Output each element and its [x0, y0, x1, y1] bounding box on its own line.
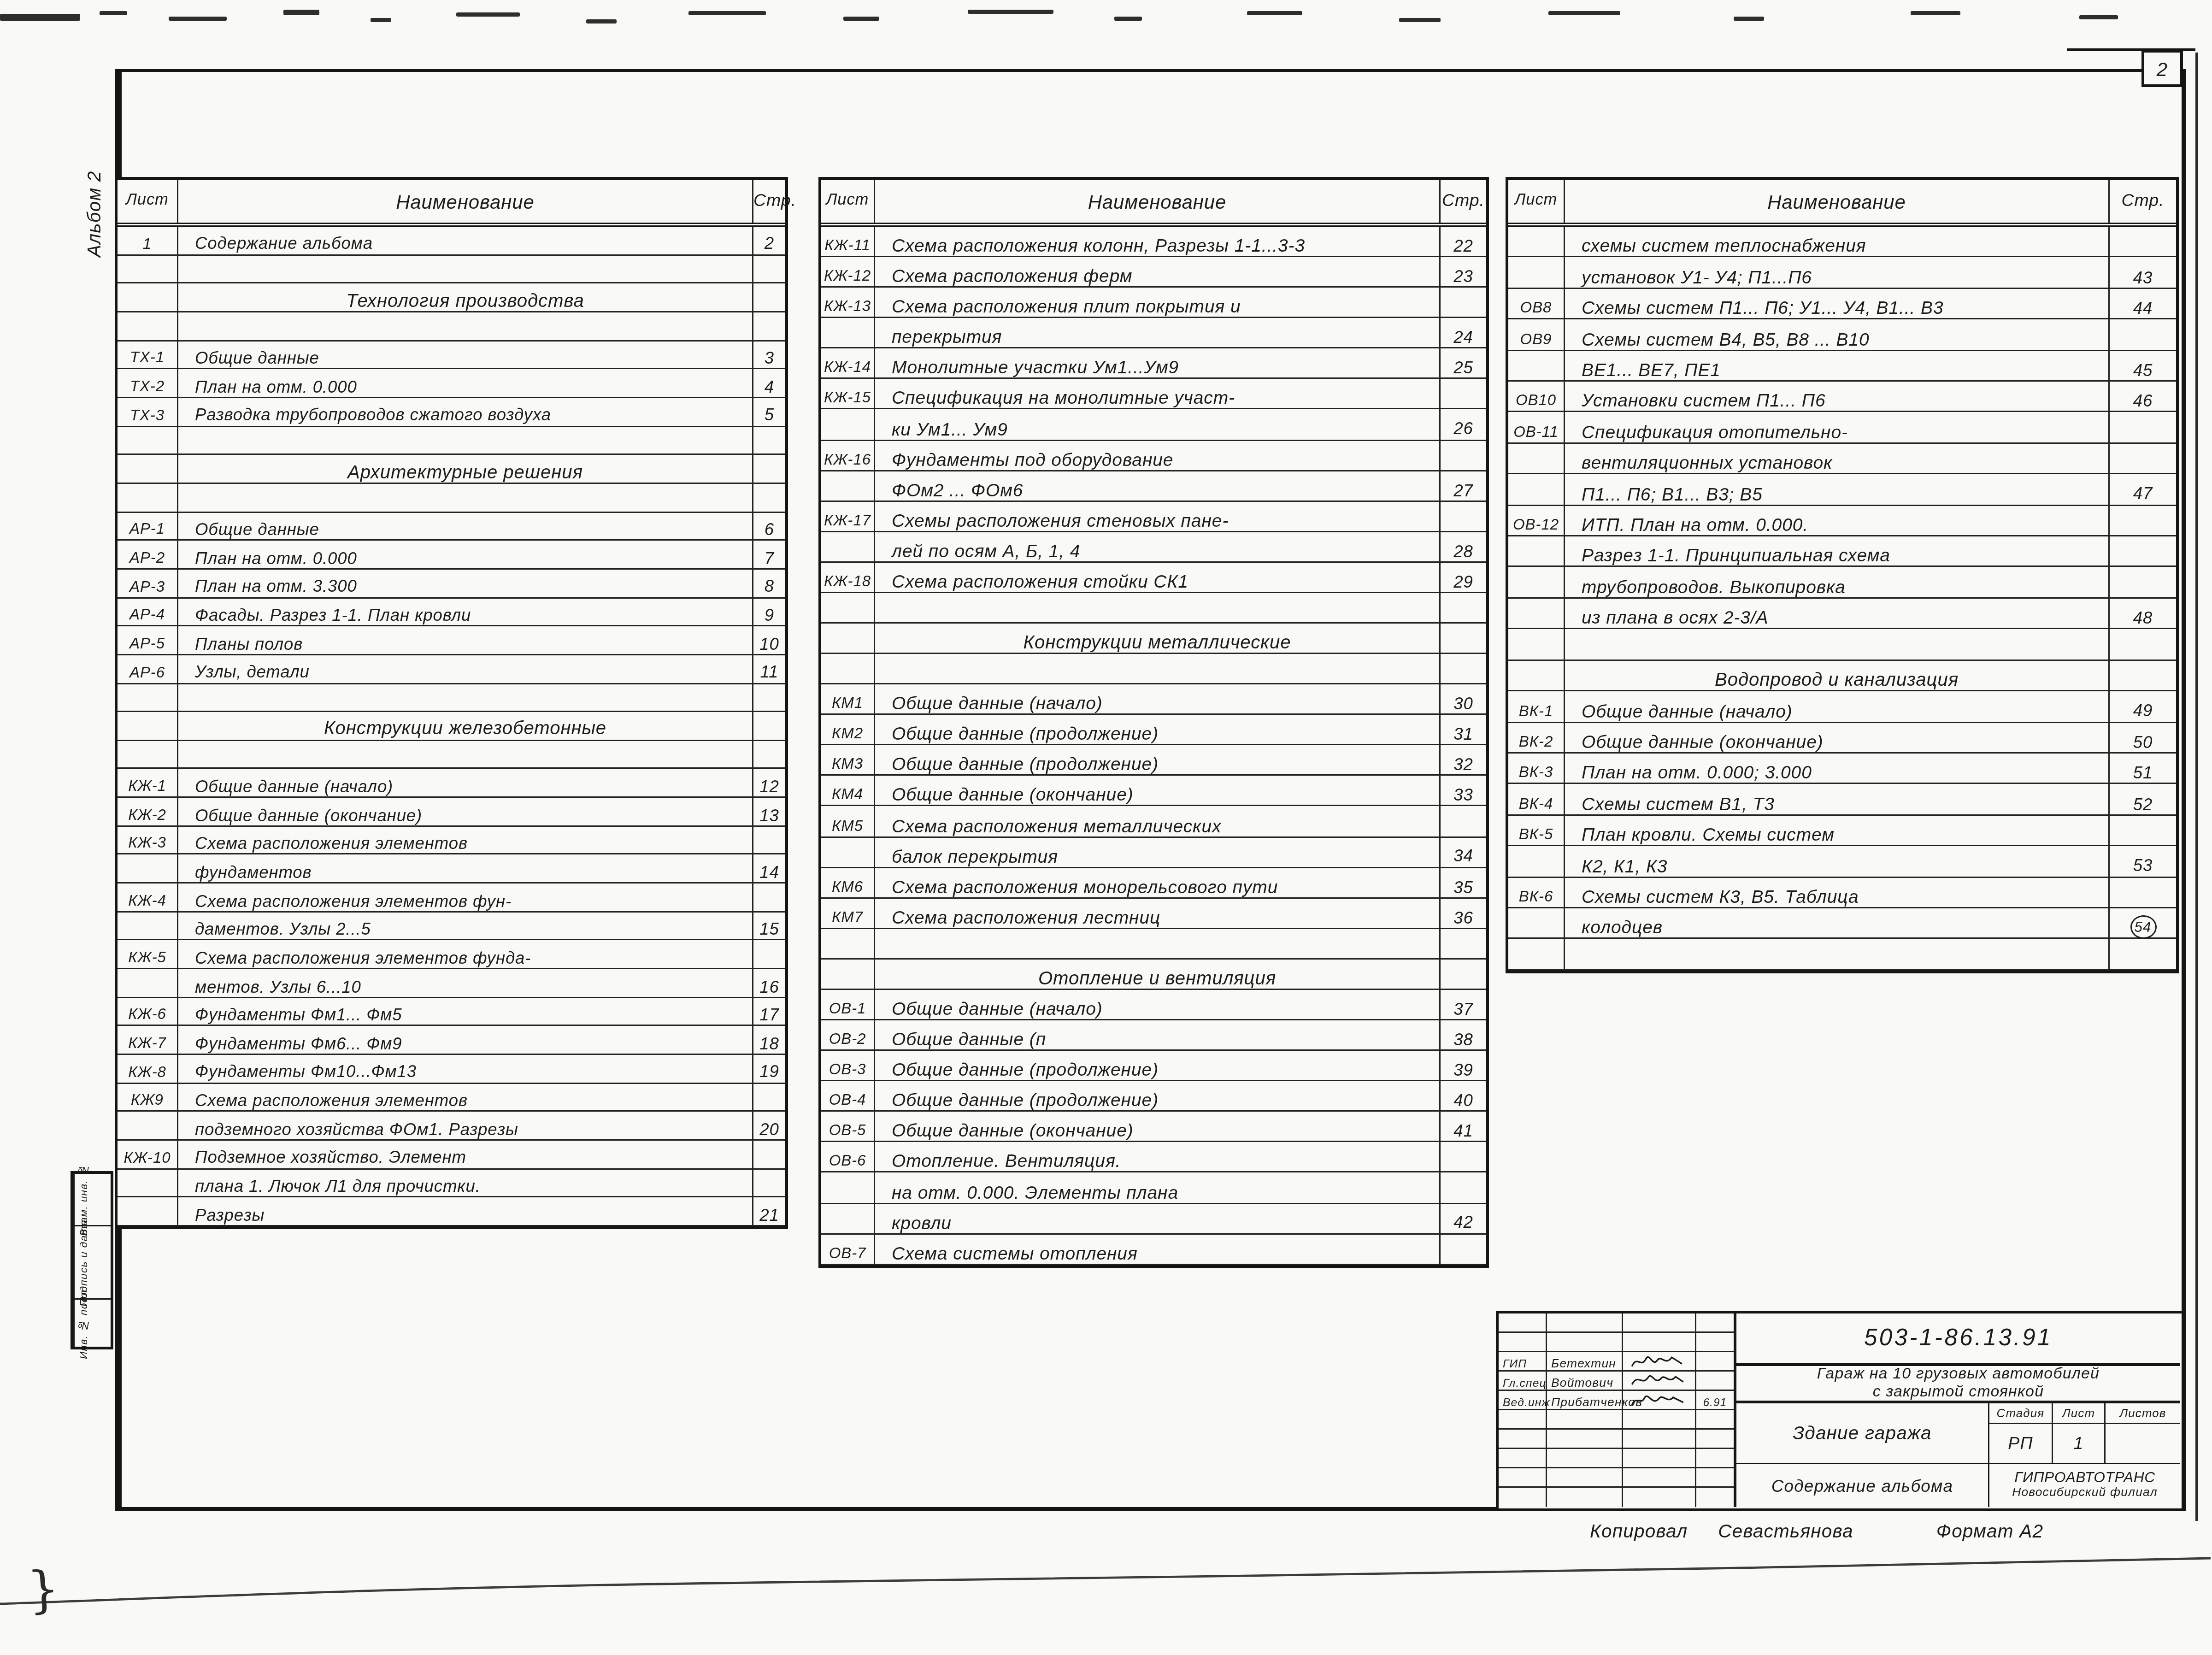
page-cell: 26 [1441, 410, 1486, 439]
table-row: ВК-3План на отм. 0.000; 3.00051 [1508, 754, 2176, 784]
page-cell [753, 741, 785, 768]
page-cell [753, 455, 785, 483]
sheet-cell: КЖ-18 [821, 563, 875, 592]
page-cell [2110, 412, 2176, 442]
name-cell: Схема расположения лестниц [875, 898, 1441, 927]
page-cell: 8 [753, 570, 785, 597]
header-cell: Наименование [875, 180, 1441, 223]
sheet-cell: КЖ-6 [118, 998, 178, 1025]
signature-name: Бетехтин [1547, 1352, 1623, 1372]
page-cell: 4 [753, 370, 785, 397]
name-cell [1565, 630, 2110, 659]
page-cell [753, 1084, 785, 1111]
table-row [1508, 939, 2176, 970]
sheet-cell [1508, 567, 1565, 597]
name-cell: Подземное хозяйство. Элемент [178, 1141, 753, 1168]
page-cell [1441, 441, 1486, 470]
sheet-cell: ВК-1 [1508, 691, 1565, 721]
table-row: АР-2План на отм. 0.0007 [118, 541, 785, 570]
page-cell: 43 [2110, 258, 2176, 287]
sheet-cell [1508, 444, 1565, 473]
page-cell [2110, 320, 2176, 349]
page-cell: 28 [1441, 532, 1486, 561]
sheet-cell: ОВ-12 [1508, 506, 1565, 535]
torn-edge [0, 1546, 2212, 1629]
name-cell [178, 427, 753, 454]
table-row: ОВ9Схемы систем В4, В5, В8 ... В10 [1508, 320, 2176, 351]
table-row: трубопроводов. Выкопировка [1508, 567, 2176, 598]
name-cell [178, 741, 753, 768]
table-row: подземного хозяйства ФОм1. Разрезы20 [118, 1112, 785, 1141]
table-row [118, 312, 785, 341]
sheet-cell: ВК-5 [1508, 815, 1565, 845]
album-label: Альбом 2 [77, 169, 111, 260]
table-row: АР-4Фасады. Разрез 1-1. План кровли9 [118, 598, 785, 627]
page-cell [753, 255, 785, 283]
page-cell: 34 [1441, 837, 1486, 866]
name-cell: Схема расположения элементов фун- [178, 883, 753, 911]
contents-table-left: ЛистНаименованиеСтр.1Содержание альбома2… [115, 177, 788, 1229]
table-row: КЖ-3Схема расположения элементов [118, 826, 785, 855]
name-cell: Установки систем П1... П6 [1565, 382, 2110, 411]
sheet-cell: АР-6 [118, 655, 178, 683]
name-cell: Общие данные [178, 341, 753, 368]
name-cell [875, 593, 1441, 622]
title-block-main: 503-1-86.13.91 Гараж на 10 грузовых авто… [1736, 1313, 2180, 1507]
sheet-cell: КЖ-10 [118, 1141, 178, 1168]
page-cell [753, 1141, 785, 1168]
name-cell: Общие данные (продолжение) [875, 1082, 1441, 1111]
table-row: плана 1. Лючок Л1 для прочистки. [118, 1169, 785, 1198]
page-cell: 29 [1441, 563, 1486, 592]
sheet-cell [118, 969, 178, 996]
sheet-cell [118, 684, 178, 711]
table-row: ВК-6Схемы систем К3, В5. Таблица [1508, 878, 2176, 908]
sheet-cell: КЖ9 [118, 1084, 178, 1111]
sheet-cell [1508, 630, 1565, 659]
name-cell: Фундаменты Фм10...Фм13 [178, 1055, 753, 1082]
name-cell: установок У1- У4; П1...П6 [1565, 258, 2110, 287]
scan-artifact-brace: } [26, 1561, 61, 1620]
sheet-value: 1 [2053, 1424, 2106, 1463]
signature-icon [1627, 1352, 1688, 1370]
table-row: кровли42 [821, 1204, 1486, 1234]
name-cell: Схема расположения стойки СК1 [875, 563, 1441, 592]
name-cell: из плана в осях 2-3/А [1565, 599, 2110, 628]
table-row: ВК-1Общие данные (начало)49 [1508, 691, 2176, 722]
name-cell: Общие данные (начало) [178, 769, 753, 796]
page-cell: 33 [1441, 776, 1486, 805]
header-cell: Стр. [1441, 180, 1486, 223]
table-row: схемы систем теплоснабжения [1508, 227, 2176, 258]
sheet-cell [821, 654, 875, 683]
sheet-cell: ВК-2 [1508, 723, 1565, 752]
sheet-cell: АР-1 [118, 512, 178, 540]
page-cell [753, 427, 785, 454]
sheet-cell: КМ4 [821, 776, 875, 805]
page-cell [1441, 960, 1486, 989]
name-cell [178, 255, 753, 283]
table-row [118, 741, 785, 769]
table-row: АР-6Узлы, детали11 [118, 655, 785, 684]
sheet-outer-edge [2195, 53, 2198, 1521]
side-stamp-label: Взам. инв. № [73, 1174, 93, 1225]
name-cell: Схема расположения металлических [875, 807, 1441, 836]
sheet-cell [1508, 536, 1565, 566]
table-row: КЖ-17Схемы расположения стеновых пане- [821, 501, 1486, 532]
sheet-cell: КЖ-13 [821, 288, 875, 317]
signature-icon [1627, 1391, 1688, 1409]
name-cell: Схема расположения монорельсового пути [875, 868, 1441, 897]
page-cell [1441, 1143, 1486, 1172]
sheet-cell: КЖ-17 [821, 501, 875, 530]
sheet-cell: ОВ-1 [821, 990, 875, 1019]
name-cell: Схема системы отопления [875, 1234, 1441, 1263]
name-cell: Спецификация отопительно- [1565, 412, 2110, 442]
sheet-cell: 1 [118, 227, 178, 254]
sheet-cell [118, 1198, 178, 1225]
table-row: ОВ-7Схема системы отопления [821, 1234, 1486, 1265]
signature-name: Войтович [1547, 1372, 1623, 1391]
sheet-cell: КЖ-3 [118, 826, 178, 854]
name-cell: Общие данные (продолжение) [875, 746, 1441, 775]
sheet-cell: КЖ-5 [118, 941, 178, 968]
header-cell: Лист [821, 180, 875, 223]
page-cell [1441, 593, 1486, 622]
sheet-cell [118, 1112, 178, 1139]
page-cell: 7 [753, 541, 785, 568]
name-cell: Фундаменты Фм1... Фм5 [178, 998, 753, 1025]
sheet-cell [118, 741, 178, 768]
sheet-cell: КЖ-16 [821, 441, 875, 470]
name-cell: Схема расположения элементов [178, 826, 753, 854]
page-cell: 22 [1441, 227, 1486, 256]
name-cell: ки Ум1... Ум9 [875, 410, 1441, 439]
name-cell: Схема расположения плит покрытия и [875, 288, 1441, 317]
sheet-cell [821, 471, 875, 500]
page-cell: 10 [753, 627, 785, 654]
side-stamp: Взам. инв. № Подпись и дата Инв. № подл. [71, 1171, 113, 1349]
title-block-signature-grid: ГИП Бетехтин Гл.спец Войтович Вед.инж Пр… [1499, 1313, 1736, 1507]
table-row: КЖ-11Схема расположения колонн, Разрезы … [821, 227, 1486, 257]
table-row: Разрезы21 [118, 1198, 785, 1226]
table-row: ФОм2 ... ФОм627 [821, 471, 1486, 501]
table-row: фундаментов14 [118, 855, 785, 883]
sheet-cell: ОВ-11 [1508, 412, 1565, 442]
name-cell: Схемы расположения стеновых пане- [875, 501, 1441, 530]
sheet-cell: ВК-6 [1508, 878, 1565, 907]
contents-table-right: ЛистНаименованиеСтр.схемы систем теплосн… [1506, 177, 2179, 973]
page-cell: 44 [2110, 289, 2176, 318]
sheet-cell: КЖ-14 [821, 349, 875, 378]
page-cell: 12 [753, 769, 785, 796]
page-cell: 48 [2110, 599, 2176, 628]
scan-scale-wrapper: Альбом 2 2 ЛистНаименованиеСтр.1Содержан… [0, 0, 2212, 1655]
sheet-cell: ТХ-3 [118, 398, 178, 425]
section-row: Водопровод и канализация [1508, 660, 2176, 691]
name-cell: лей по осям А, Б, 1, 4 [875, 532, 1441, 561]
table-row [821, 654, 1486, 684]
organization-name: ГИПРОАВТОТРАНС [2014, 1471, 2155, 1487]
table-row: КЖ-8Фундаменты Фм10...Фм1319 [118, 1055, 785, 1084]
page-cell: 24 [1441, 318, 1486, 347]
name-cell: ментов. Узлы 6...10 [178, 969, 753, 996]
table-row: КМ7Схема расположения лестниц36 [821, 898, 1486, 929]
stage-value: РП [1989, 1424, 2053, 1463]
table-row: КЖ-2Общие данные (окончание)13 [118, 798, 785, 826]
table-row [821, 929, 1486, 959]
table-row: АР-3План на отм. 3.3008 [118, 570, 785, 598]
name-cell: Схемы систем К3, В5. Таблица [1565, 878, 2110, 907]
table-row: КЖ-18Схема расположения стойки СК129 [821, 563, 1486, 593]
sheets-total-value [2106, 1424, 2180, 1463]
page-cell [1441, 654, 1486, 683]
sheet-cell: ВК-4 [1508, 784, 1565, 814]
table-row: ОВ-11Спецификация отопительно- [1508, 412, 2176, 443]
table-row [1508, 630, 2176, 660]
sheet-cell: ТХ-1 [118, 341, 178, 368]
table-row: балок перекрытия34 [821, 837, 1486, 868]
signature-row [1499, 1333, 1734, 1352]
page-cell: 18 [753, 1026, 785, 1054]
table-row: П1... П6; В1... В3; В547 [1508, 475, 2176, 506]
page-cell [2110, 815, 2176, 845]
name-cell: Схема расположения колонн, Разрезы 1-1..… [875, 227, 1441, 256]
table-row: установок У1- У4; П1...П643 [1508, 258, 2176, 289]
sheet-cell: АР-2 [118, 541, 178, 568]
sheet-cell: АР-5 [118, 627, 178, 654]
name-cell: Содержание альбома [178, 227, 753, 254]
page-cell: 37 [1441, 990, 1486, 1019]
title-block-lower: Здание гаража Содержание альбома Стадия … [1736, 1403, 2180, 1507]
sheet-cell: КЖ-11 [821, 227, 875, 256]
page-cell: 21 [753, 1198, 785, 1225]
page-cell: 17 [753, 998, 785, 1025]
name-cell: вентиляционных установок [1565, 444, 2110, 473]
sheet-cell [1508, 227, 1565, 256]
signature-role: Вед.инж [1499, 1391, 1547, 1410]
page-cell: 32 [1441, 746, 1486, 775]
name-cell [875, 654, 1441, 683]
table-row: перекрытия24 [821, 318, 1486, 349]
sheet-cell [821, 410, 875, 439]
page-cell [1441, 501, 1486, 530]
table-row: ВЕ1... ВЕ7, ПЕ145 [1508, 351, 2176, 382]
table-row: КЖ-1Общие данные (начало)12 [118, 769, 785, 798]
name-cell: Разрез 1-1. Принципиальная схема [1565, 536, 2110, 566]
page-cell: 45 [2110, 351, 2176, 380]
table-row: ТХ-2План на отм. 0.0004 [118, 370, 785, 398]
table-row [821, 593, 1486, 624]
table-row: ОВ10Установки систем П1... П646 [1508, 382, 2176, 412]
name-cell: Общие данные (продолжение) [875, 1051, 1441, 1080]
table-row: ВК-4Схемы систем В1, Т352 [1508, 784, 2176, 815]
table-row: КЖ-6Фундаменты Фм1... Фм517 [118, 998, 785, 1026]
sheet-cell [821, 593, 875, 622]
name-cell: Отопление. Вентиляция. [875, 1143, 1441, 1172]
table-row: ментов. Узлы 6...1016 [118, 969, 785, 998]
name-cell: перекрытия [875, 318, 1441, 347]
name-cell: Общие данные (продолжение) [875, 715, 1441, 744]
circled-page-number: 54 [2130, 916, 2156, 939]
page-cell [2110, 878, 2176, 907]
signature-icon [1627, 1372, 1688, 1390]
table-row: ОВ-6Отопление. Вентиляция. [821, 1143, 1486, 1173]
name-cell: Схема расположения элементов фунда- [178, 941, 753, 968]
sheet-cell [118, 455, 178, 483]
page-cell [753, 684, 785, 711]
page-cell [753, 284, 785, 311]
project-name-line2: с закрытой стоянкой [1873, 1384, 2044, 1401]
name-cell: Водопровод и канализация [1565, 660, 2110, 690]
table-row: КЖ-15Спецификация на монолитные участ- [821, 379, 1486, 410]
table-row: КЖ-4Схема расположения элементов фун- [118, 883, 785, 912]
sheet-cell [118, 912, 178, 939]
page-cell: 3 [753, 341, 785, 368]
name-cell: ВЕ1... ВЕ7, ПЕ1 [1565, 351, 2110, 380]
table-row: АР-5Планы полов10 [118, 627, 785, 655]
copied-name: Севастьянова [1718, 1521, 1853, 1542]
page-cell: 14 [753, 855, 785, 882]
project-name: Гараж на 10 грузовых автомобилей с закры… [1736, 1366, 2180, 1403]
page-cell: 38 [1441, 1020, 1486, 1049]
sheet-cell [1508, 939, 1565, 969]
contents-table-middle: ЛистНаименованиеСтр.КЖ-11Схема расположе… [818, 177, 1489, 1267]
page-cell: 39 [1441, 1051, 1486, 1080]
page-cell [2110, 567, 2176, 597]
page-cell: 31 [1441, 715, 1486, 744]
organization-branch: Новосибирский филиал [2012, 1487, 2158, 1500]
signature-role: ГИП [1499, 1352, 1547, 1372]
table-row: ВК-2Общие данные (окончание)50 [1508, 723, 2176, 754]
name-cell: Общие данные (окончание) [1565, 723, 2110, 752]
sheet-cell: КМ5 [821, 807, 875, 836]
page-cell [1441, 1234, 1486, 1263]
table-row: КЖ-13Схема расположения плит покрытия и [821, 288, 1486, 318]
name-cell: фундаментов [178, 855, 753, 882]
name-cell: даментов. Узлы 2...5 [178, 912, 753, 939]
name-cell: П1... П6; В1... В3; В5 [1565, 475, 2110, 504]
table-header-row: ЛистНаименованиеСтр. [118, 180, 785, 227]
sheet-cell: АР-3 [118, 570, 178, 597]
name-cell: Конструкции железобетонные [178, 712, 753, 739]
table-row: ТХ-1Общие данные3 [118, 341, 785, 370]
page-cell: 53 [2110, 846, 2176, 876]
sheet-label: Лист [2053, 1403, 2106, 1423]
sheet-cell: КМ7 [821, 898, 875, 927]
page-cell [2110, 444, 2176, 473]
signature-row [1499, 1449, 1734, 1468]
sheet-cell: КЖ-8 [118, 1055, 178, 1082]
sheet-cell [118, 484, 178, 511]
stage-grid: Стадия Лист Листов РП 1 [1989, 1403, 2180, 1464]
table-row: ОВ8Схемы систем П1... П6; У1... У4, В1..… [1508, 289, 2176, 319]
table-row: колодцев54 [1508, 908, 2176, 939]
name-cell: Разводка трубопроводов сжатого воздуха [178, 398, 753, 425]
sheet-cell [118, 712, 178, 739]
page-cell: 30 [1441, 685, 1486, 714]
name-cell: Схема расположения ферм [875, 257, 1441, 286]
sheets-label: Листов [2106, 1403, 2180, 1423]
signature-row [1499, 1488, 1734, 1507]
page-cell: 49 [2110, 691, 2176, 721]
sheet-cell: ОВ-2 [821, 1020, 875, 1049]
name-cell: Разрезы [178, 1198, 753, 1225]
page-cell [1441, 624, 1486, 653]
table-row: КМ6Схема расположения монорельсового пут… [821, 868, 1486, 898]
page-cell [1441, 1173, 1486, 1202]
name-cell [178, 312, 753, 340]
name-cell: Фасады. Разрез 1-1. План кровли [178, 598, 753, 625]
name-cell: Конструкции металлические [875, 624, 1441, 653]
stage-grid-values: РП 1 [1989, 1424, 2180, 1464]
page-cell [753, 941, 785, 968]
name-cell: балок перекрытия [875, 837, 1441, 866]
name-cell: схемы систем теплоснабжения [1565, 227, 2110, 256]
sheet-cell: КЖ-1 [118, 769, 178, 796]
page-cell: 25 [1441, 349, 1486, 378]
table-row: КЖ-16Фундаменты под оборудование [821, 441, 1486, 471]
sheet-cell [821, 624, 875, 653]
name-cell: К2, К1, К3 [1565, 846, 2110, 876]
table-row: 1Содержание альбома2 [118, 227, 785, 255]
name-cell: Схема расположения элементов [178, 1084, 753, 1111]
name-cell: План на отм. 0.000 [178, 541, 753, 568]
table-header-row: ЛистНаименованиеСтр. [1508, 180, 2176, 227]
side-stamp-cell: Инв. № подл. [73, 1300, 111, 1347]
page-cell: 41 [1441, 1112, 1486, 1141]
signature-row: ГИП Бетехтин [1499, 1352, 1734, 1372]
sheet-cell [118, 427, 178, 454]
section-row: Конструкции железобетонные [118, 712, 785, 741]
name-cell: План на отм. 0.000 [178, 370, 753, 397]
sheet-cell: ОВ-4 [821, 1082, 875, 1111]
name-cell: плана 1. Лючок Л1 для прочистки. [178, 1169, 753, 1196]
sheet-cell [1508, 599, 1565, 628]
sheet-cell: ТХ-2 [118, 370, 178, 397]
name-cell [875, 929, 1441, 958]
page-cell [1441, 807, 1486, 836]
signature-row [1499, 1313, 1734, 1333]
name-cell: План кровли. Схемы систем [1565, 815, 2110, 845]
sheet-cell [821, 1204, 875, 1233]
table-row: из плана в осях 2-3/А48 [1508, 599, 2176, 630]
name-cell: Фундаменты под оборудование [875, 441, 1441, 470]
name-cell: Схемы систем В1, Т3 [1565, 784, 2110, 814]
page-cell: 35 [1441, 868, 1486, 897]
header-cell: Лист [118, 180, 178, 223]
table-row: АР-1Общие данные6 [118, 512, 785, 541]
table-row: ОВ-5Общие данные (окончание)41 [821, 1112, 1486, 1143]
side-stamp-label: Инв. № подл. [73, 1300, 93, 1347]
name-cell: Фундаменты Фм6... Фм9 [178, 1026, 753, 1054]
page-cell: 54 [2110, 908, 2176, 938]
table-row: КЖ-14Монолитные участки Ум1...Ум925 [821, 349, 1486, 379]
title-block: ГИП Бетехтин Гл.спец Войтович Вед.инж Пр… [1496, 1311, 2184, 1511]
table-row: ОВ-3Общие данные (продолжение)39 [821, 1051, 1486, 1081]
name-cell: на отм. 0.000. Элементы плана [875, 1173, 1441, 1202]
sheet-cell: КМ6 [821, 868, 875, 897]
copied-label: Копировал [1590, 1521, 1688, 1542]
page-cell: 42 [1441, 1204, 1486, 1233]
table-row: на отм. 0.000. Элементы плана [821, 1173, 1486, 1203]
signature-row: Гл.спец Войтович [1499, 1372, 1734, 1391]
page-cell: 20 [753, 1112, 785, 1139]
page-cell: 23 [1441, 257, 1486, 286]
sheet-cell [821, 929, 875, 958]
table-row: КМ1Общие данные (начало)30 [821, 685, 1486, 715]
table-row: вентиляционных установок [1508, 444, 2176, 475]
